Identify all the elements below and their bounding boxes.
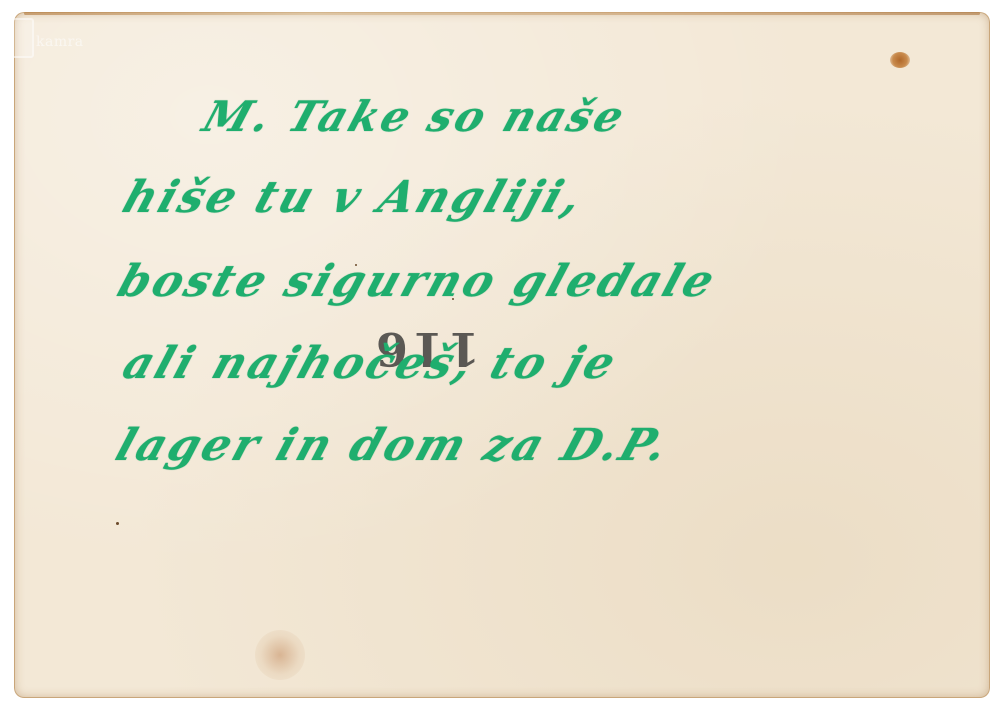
handwriting-line: hiše tu v Angliji, — [117, 172, 591, 223]
handwriting-line: ali najhočeš, to je — [117, 338, 625, 389]
handwriting-line: M. Take so naše — [197, 92, 633, 141]
handwriting-line: boste sigurno gledale — [112, 256, 724, 307]
handwriting-line: lager in dom za D.P. — [110, 420, 677, 471]
handwritten-text: M. Take so naše hiše tu v Angliji, boste… — [0, 0, 1000, 707]
